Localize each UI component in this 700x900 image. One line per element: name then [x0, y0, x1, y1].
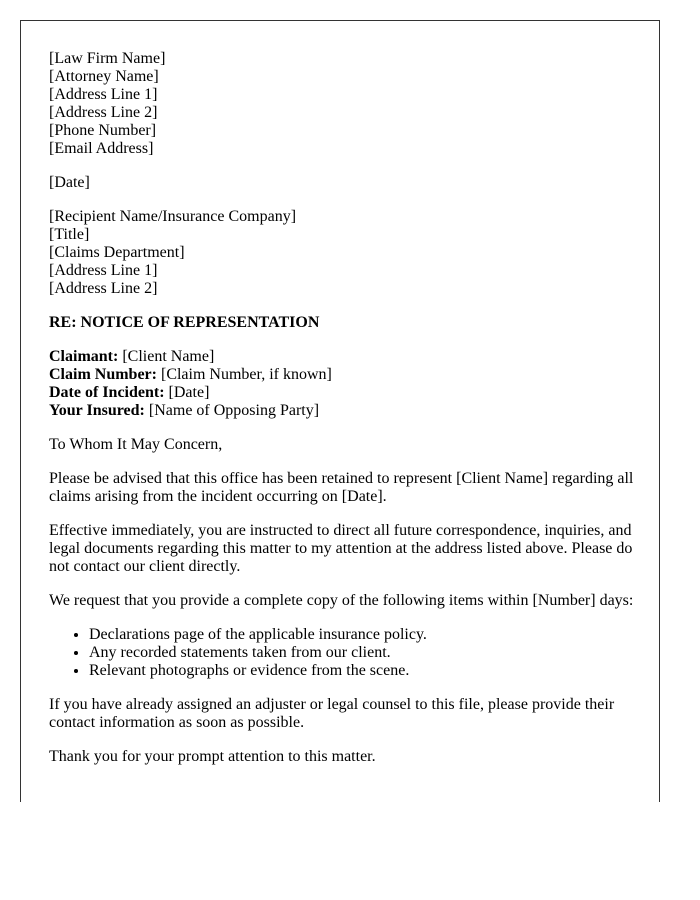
claim-number-label: Claim Number:: [49, 366, 157, 383]
requested-items-list: Declarations page of the applicable insu…: [49, 626, 639, 680]
sender-firm-name: [Law Firm Name]: [49, 50, 639, 68]
recipient-address-line-2: [Address Line 2]: [49, 280, 639, 298]
your-insured-value: [Name of Opposing Party]: [145, 402, 319, 419]
recipient-block: [Recipient Name/Insurance Company] [Titl…: [49, 208, 639, 298]
sender-email: [Email Address]: [49, 140, 639, 158]
claimant-label: Claimant:: [49, 348, 118, 365]
date-of-incident-label: Date of Incident:: [49, 384, 165, 401]
claim-info-date-of-incident: Date of Incident: [Date]: [49, 384, 639, 402]
claim-number-value: [Claim Number, if known]: [157, 366, 332, 383]
sender-address-line-2: [Address Line 2]: [49, 104, 639, 122]
paragraph-retained: Please be advised that this office has b…: [49, 470, 639, 506]
sender-phone: [Phone Number]: [49, 122, 639, 140]
letter-content: [Law Firm Name] [Attorney Name] [Address…: [49, 50, 639, 782]
sender-attorney-name: [Attorney Name]: [49, 68, 639, 86]
claim-info-your-insured: Your Insured: [Name of Opposing Party]: [49, 402, 639, 420]
letter-page: [Law Firm Name] [Attorney Name] [Address…: [20, 20, 660, 802]
list-item: Declarations page of the applicable insu…: [89, 626, 639, 644]
claimant-value: [Client Name]: [118, 348, 214, 365]
list-item: Any recorded statements taken from our c…: [89, 644, 639, 662]
recipient-title: [Title]: [49, 226, 639, 244]
sender-address-line-1: [Address Line 1]: [49, 86, 639, 104]
claim-info-block: Claimant: [Client Name] Claim Number: [C…: [49, 348, 639, 420]
paragraph-thank-you: Thank you for your prompt attention to t…: [49, 748, 639, 766]
paragraph-request: We request that you provide a complete c…: [49, 592, 639, 610]
claim-info-claim-number: Claim Number: [Claim Number, if known]: [49, 366, 639, 384]
date-of-incident-value: [Date]: [165, 384, 210, 401]
salutation: To Whom It May Concern,: [49, 436, 639, 454]
recipient-address-line-1: [Address Line 1]: [49, 262, 639, 280]
subject-line: RE: NOTICE OF REPRESENTATION: [49, 314, 639, 332]
sender-block: [Law Firm Name] [Attorney Name] [Address…: [49, 50, 639, 158]
letter-date: [Date]: [49, 174, 639, 192]
list-item: Relevant photographs or evidence from th…: [89, 662, 639, 680]
paragraph-adjuster: If you have already assigned an adjuster…: [49, 696, 639, 732]
recipient-department: [Claims Department]: [49, 244, 639, 262]
date-block: [Date]: [49, 174, 639, 192]
paragraph-direct-correspondence: Effective immediately, you are instructe…: [49, 522, 639, 576]
recipient-name: [Recipient Name/Insurance Company]: [49, 208, 639, 226]
your-insured-label: Your Insured:: [49, 402, 145, 419]
claim-info-claimant: Claimant: [Client Name]: [49, 348, 639, 366]
